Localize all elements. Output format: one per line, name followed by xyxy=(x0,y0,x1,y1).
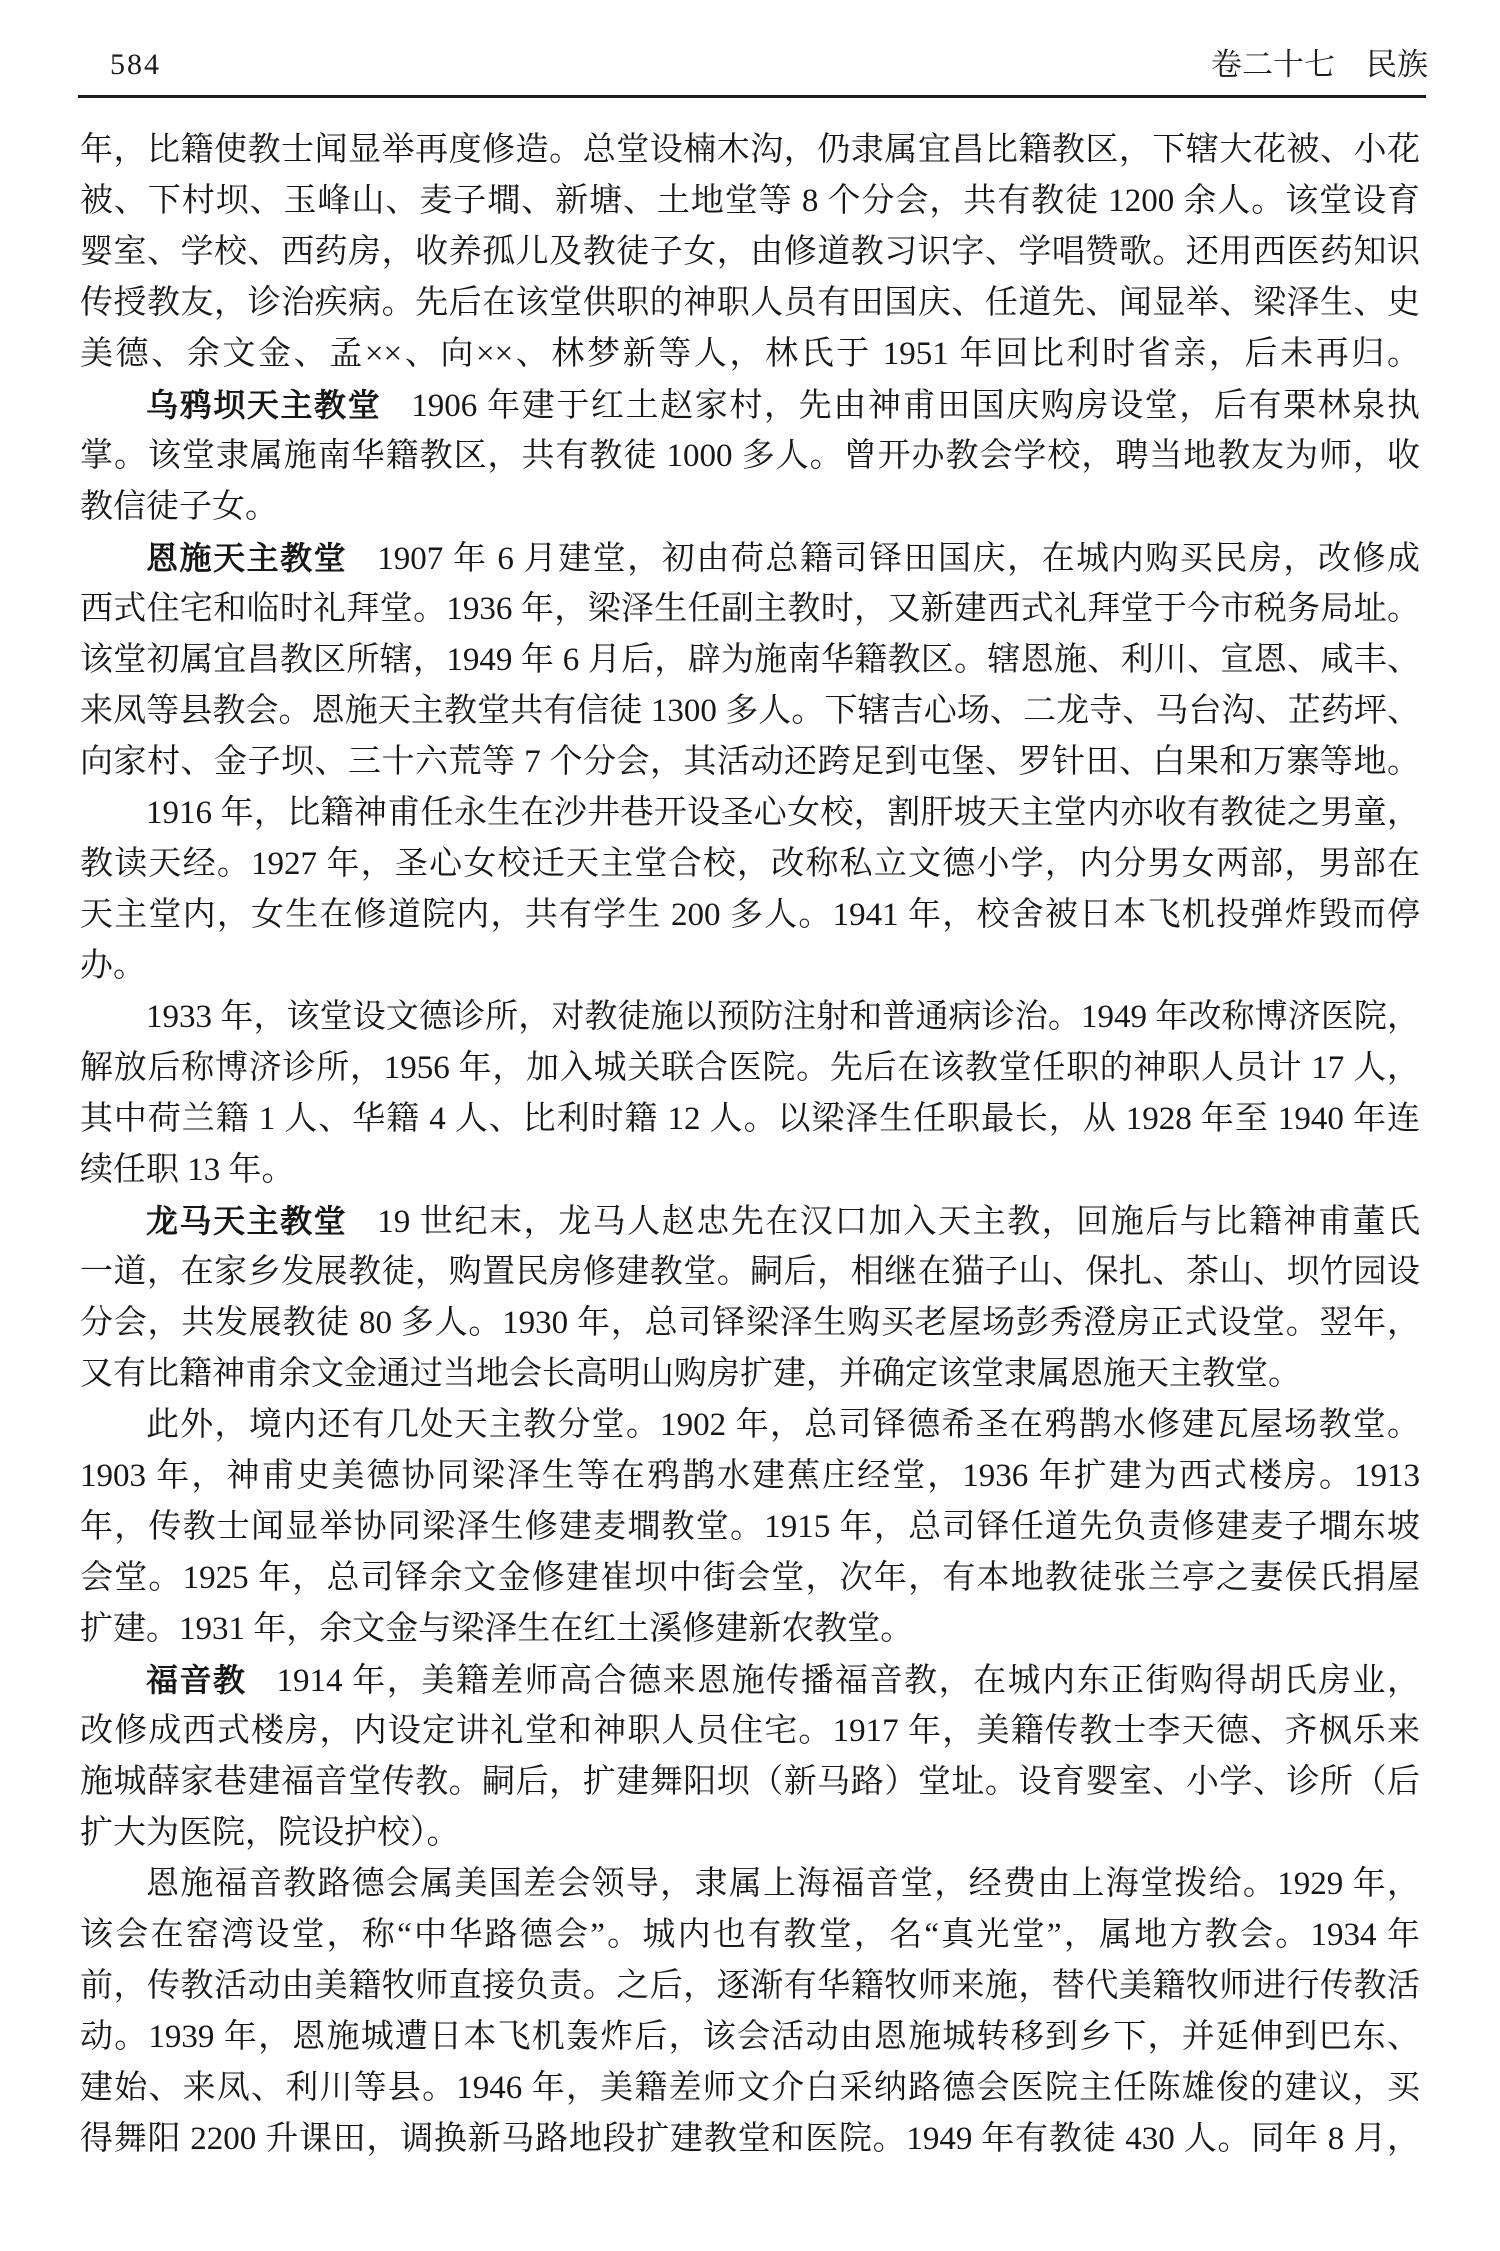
line-text: 一道，在家乡发展教徒，购置民房修建教堂。嗣后，相继在猫子山、保扎、茶山、坝竹园设 xyxy=(80,1254,1420,1290)
line-text: 办。 xyxy=(80,948,146,984)
line-text: 1914 年，美籍差师高合德来恩施传播福音教，在城内东正街购得胡氏房业， xyxy=(276,1663,1420,1699)
line-text: 向家村、金子坝、三十六荒等 7 个分会，其活动还跨足到屯堡、罗针田、白果和万寨等… xyxy=(80,744,1420,780)
text-line: 一道，在家乡发展教徒，购置民房修建教堂。嗣后，相继在猫子山、保扎、茶山、坝竹园设 xyxy=(80,1247,1420,1298)
line-text: 年，比籍使教士闻显举再度修造。总堂设楠木沟，仍隶属宜昌比籍教区，下辖大花被、小花 xyxy=(80,132,1420,168)
text-line: 乌鸦坝天主教堂1906 年建于红土赵家村，先由神甫田国庆购房设堂，后有栗林泉执 xyxy=(80,380,1420,431)
line-text: 续任职 13 年。 xyxy=(80,1152,295,1188)
text-line: 恩施福音教路德会属美国差会领导，隶属上海福音堂，经费由上海堂拨给。1929 年， xyxy=(80,1859,1420,1910)
line-text: 1903 年，神甫史美德协同梁泽生等在鸦鹊水建蕉庄经堂，1936 年扩建为西式楼… xyxy=(80,1458,1420,1494)
line-text: 1907 年 6 月建堂，初由荷总籍司铎田国庆，在城内购买民房，改修成 xyxy=(377,541,1420,577)
line-text: 建始、来凤、利川等县。1946 年，美籍差师文介白采纳路德会医院主任陈雄俊的建议… xyxy=(80,2070,1420,2106)
text-line: 续任职 13 年。 xyxy=(80,1145,1420,1196)
line-text: 年，传教士闻显举协同梁泽生修建麦墹教堂。1915 年，总司铎任道先负责修建麦子墹… xyxy=(80,1509,1420,1545)
line-text: 其中荷兰籍 1 人、华籍 4 人、比利时籍 12 人。以梁泽生任职最长，从 19… xyxy=(80,1101,1420,1137)
text-line: 恩施天主教堂1907 年 6 月建堂，初由荷总籍司铎田国庆，在城内购买民房，改修… xyxy=(80,533,1420,584)
line-text: 得舞阳 2200 升课田，调换新马路地段扩建教堂和医院。1949 年有教徒 43… xyxy=(80,2121,1420,2157)
text-line: 解放后称博济诊所，1956 年，加入城关联合医院。先后在该教堂任职的神职人员计 … xyxy=(80,1043,1420,1094)
text-line: 前，传教活动由美籍牧师直接负责。之后，逐渐有华籍牧师来施，替代美籍牧师进行传教活 xyxy=(80,1961,1420,2012)
text-line: 该堂初属宜昌教区所辖，1949 年 6 月后，辟为施南华籍教区。辖恩施、利川、宣… xyxy=(80,635,1420,686)
line-text: 改修成西式楼房，内设定讲礼堂和神职人员住宅。1917 年，美籍传教士李天德、齐枫… xyxy=(80,1713,1420,1749)
text-line: 此外，境内还有几处天主教分堂。1902 年，总司铎德希圣在鸦鹊水修建瓦屋场教堂。 xyxy=(80,1400,1420,1451)
line-text: 又有比籍神甫余文金通过当地会长高明山购房扩建，并确定该堂隶属恩施天主教堂。 xyxy=(80,1356,1301,1392)
line-text: 该堂初属宜昌教区所辖，1949 年 6 月后，辟为施南华籍教区。辖恩施、利川、宣… xyxy=(80,642,1420,678)
text-line: 婴室、学校、西药房，收养孤儿及教徒子女，由修道教习识字、学唱赞歌。还用西医药知识 xyxy=(80,227,1420,278)
text-line: 改修成西式楼房，内设定讲礼堂和神职人员住宅。1917 年，美籍传教士李天德、齐枫… xyxy=(80,1706,1420,1757)
line-text: 来凤等县教会。恩施天主教堂共有信徒 1300 多人。下辖吉心场、二龙寺、马台沟、… xyxy=(80,693,1420,729)
line-text: 扩建。1931 年，余文金与梁泽生在红土溪修建新农教堂。 xyxy=(80,1611,913,1647)
section-term: 龙马天主教堂 xyxy=(146,1203,347,1239)
text-line: 年，传教士闻显举协同梁泽生修建麦墹教堂。1915 年，总司铎任道先负责修建麦子墹… xyxy=(80,1502,1420,1553)
text-line: 教信徒子女。 xyxy=(80,482,1420,533)
line-text: 西式住宅和临时礼拜堂。1936 年，梁泽生任副主教时，又新建西式礼拜堂于今市税务… xyxy=(80,591,1420,627)
section-term: 乌鸦坝天主教堂 xyxy=(146,387,381,423)
text-line: 办。 xyxy=(80,941,1420,992)
text-line: 被、下村坝、玉峰山、麦子墹、新塘、土地堂等 8 个分会，共有教徒 1200 余人… xyxy=(80,176,1420,227)
text-line: 教读天经。1927 年，圣心女校迁天主堂合校，改称私立文德小学，内分男女两部，男… xyxy=(80,839,1420,890)
text-line: 龙马天主教堂19 世纪末，龙马人赵忠先在汉口加入天主教，回施后与比籍神甫董氏 xyxy=(80,1196,1420,1247)
section-term: 恩施天主教堂 xyxy=(146,540,347,576)
text-line: 建始、来凤、利川等县。1946 年，美籍差师文介白采纳路德会医院主任陈雄俊的建议… xyxy=(80,2063,1420,2114)
text-line: 又有比籍神甫余文金通过当地会长高明山购房扩建，并确定该堂隶属恩施天主教堂。 xyxy=(80,1349,1420,1400)
section-term: 福音教 xyxy=(146,1662,246,1698)
text-line: 会堂。1925 年，总司铎余文金修建崔坝中街会堂，次年，有本地教徒张兰亭之妻侯氏… xyxy=(80,1553,1420,1604)
line-text: 1916 年，比籍神甫任永生在沙井巷开设圣心女校，割肝坡天主堂内亦收有教徒之男童… xyxy=(146,795,1420,831)
text-line: 其中荷兰籍 1 人、华籍 4 人、比利时籍 12 人。以梁泽生任职最长，从 19… xyxy=(80,1094,1420,1145)
text-line: 该会在窑湾设堂，称“中华路德会”。城内也有教堂，名“真光堂”，属地方教会。193… xyxy=(80,1910,1420,1961)
line-text: 教读天经。1927 年，圣心女校迁天主堂合校，改称私立文德小学，内分男女两部，男… xyxy=(80,846,1420,882)
text-line: 得舞阳 2200 升课田，调换新马路地段扩建教堂和医院。1949 年有教徒 43… xyxy=(80,2114,1420,2165)
line-text: 掌。该堂隶属施南华籍教区，共有教徒 1000 多人。曾开办教会学校，聘当地教友为… xyxy=(80,438,1420,474)
text-line: 掌。该堂隶属施南华籍教区，共有教徒 1000 多人。曾开办教会学校，聘当地教友为… xyxy=(80,431,1420,482)
text-line: 1903 年，神甫史美德协同梁泽生等在鸦鹊水建蕉庄经堂，1936 年扩建为西式楼… xyxy=(80,1451,1420,1502)
text-line: 扩建。1931 年，余文金与梁泽生在红土溪修建新农教堂。 xyxy=(80,1604,1420,1655)
text-line: 施城薛家巷建福音堂传教。嗣后，扩建舞阳坝（新马路）堂址。设育婴室、小学、诊所（后 xyxy=(80,1757,1420,1808)
text-line: 传授教友，诊治疾病。先后在该堂供职的神职人员有田国庆、任道先、闻显举、梁泽生、史 xyxy=(80,278,1420,329)
line-text: 分会，共发展教徒 80 多人。1930 年，总司铎梁泽生购买老屋场彭秀澄房正式设… xyxy=(80,1305,1420,1341)
text-line: 年，比籍使教士闻显举再度修造。总堂设楠木沟，仍隶属宜昌比籍教区，下辖大花被、小花 xyxy=(80,125,1420,176)
line-text: 此外，境内还有几处天主教分堂。1902 年，总司铎德希圣在鸦鹊水修建瓦屋场教堂。 xyxy=(146,1407,1420,1443)
line-text: 教信徒子女。 xyxy=(80,489,278,525)
line-text: 施城薛家巷建福音堂传教。嗣后，扩建舞阳坝（新马路）堂址。设育婴室、小学、诊所（后 xyxy=(80,1764,1420,1800)
text-line: 动。1939 年，恩施城遭日本飞机轰炸后，该会活动由恩施城转移到乡下，并延伸到巴… xyxy=(80,2012,1420,2063)
header-rule xyxy=(78,95,1426,98)
line-text: 被、下村坝、玉峰山、麦子墹、新塘、土地堂等 8 个分会，共有教徒 1200 余人… xyxy=(80,183,1420,219)
line-text: 1933 年，该堂设文德诊所，对教徒施以预防注射和普通病诊治。1949 年改称博… xyxy=(146,999,1420,1035)
line-text: 天主堂内，女生在修道院内，共有学生 200 多人。1941 年，校舍被日本飞机投… xyxy=(80,897,1420,933)
line-text: 传授教友，诊治疾病。先后在该堂供职的神职人员有田国庆、任道先、闻显举、梁泽生、史 xyxy=(80,285,1420,321)
text-line: 来凤等县教会。恩施天主教堂共有信徒 1300 多人。下辖吉心场、二龙寺、马台沟、… xyxy=(80,686,1420,737)
text-line: 分会，共发展教徒 80 多人。1930 年，总司铎梁泽生购买老屋场彭秀澄房正式设… xyxy=(80,1298,1420,1349)
line-text: 19 世纪末，龙马人赵忠先在汉口加入天主教，回施后与比籍神甫董氏 xyxy=(377,1204,1420,1240)
text-line: 向家村、金子坝、三十六荒等 7 个分会，其活动还跨足到屯堡、罗针田、白果和万寨等… xyxy=(80,737,1420,788)
volume-section-title: 卷二十七 民族 xyxy=(1211,48,1428,82)
line-text: 前，传教活动由美籍牧师直接负责。之后，逐渐有华籍牧师来施，替代美籍牧师进行传教活 xyxy=(80,1968,1420,2004)
body-text: 年，比籍使教士闻显举再度修造。总堂设楠木沟，仍隶属宜昌比籍教区，下辖大花被、小花… xyxy=(80,125,1420,2165)
text-line: 扩大为医院，院设护校）。 xyxy=(80,1808,1420,1859)
line-text: 会堂。1925 年，总司铎余文金修建崔坝中街会堂，次年，有本地教徒张兰亭之妻侯氏… xyxy=(80,1560,1420,1596)
line-text: 恩施福音教路德会属美国差会领导，隶属上海福音堂，经费由上海堂拨给。1929 年， xyxy=(146,1866,1420,1902)
page-number: 584 xyxy=(110,48,161,82)
text-line: 1916 年，比籍神甫任永生在沙井巷开设圣心女校，割肝坡天主堂内亦收有教徒之男童… xyxy=(80,788,1420,839)
line-text: 该会在窑湾设堂，称“中华路德会”。城内也有教堂，名“真光堂”，属地方教会。193… xyxy=(80,1917,1420,1953)
line-text: 1906 年建于红土赵家村，先由神甫田国庆购房设堂，后有栗林泉执 xyxy=(411,388,1420,424)
line-text: 动。1939 年，恩施城遭日本飞机轰炸后，该会活动由恩施城转移到乡下，并延伸到巴… xyxy=(80,2019,1420,2055)
running-header: 584 卷二十七 民族 xyxy=(80,0,1428,82)
text-line: 福音教1914 年，美籍差师高合德来恩施传播福音教，在城内东正街购得胡氏房业， xyxy=(80,1655,1420,1706)
text-line: 天主堂内，女生在修道院内，共有学生 200 多人。1941 年，校舍被日本飞机投… xyxy=(80,890,1420,941)
text-line: 美德、余文金、孟××、向××、林梦新等人，林氏于 1951 年回比利时省亲，后未… xyxy=(80,329,1420,380)
line-text: 扩大为医院，院设护校）。 xyxy=(80,1815,460,1851)
book-page: { "header": { "page_number": "584", "sec… xyxy=(0,0,1500,2251)
line-text: 解放后称博济诊所，1956 年，加入城关联合医院。先后在该教堂任职的神职人员计 … xyxy=(80,1050,1420,1086)
text-line: 西式住宅和临时礼拜堂。1936 年，梁泽生任副主教时，又新建西式礼拜堂于今市税务… xyxy=(80,584,1420,635)
line-text: 美德、余文金、孟××、向××、林梦新等人，林氏于 1951 年回比利时省亲，后未… xyxy=(80,336,1420,372)
line-text: 婴室、学校、西药房，收养孤儿及教徒子女，由修道教习识字、学唱赞歌。还用西医药知识 xyxy=(80,234,1420,270)
text-line: 1933 年，该堂设文德诊所，对教徒施以预防注射和普通病诊治。1949 年改称博… xyxy=(80,992,1420,1043)
